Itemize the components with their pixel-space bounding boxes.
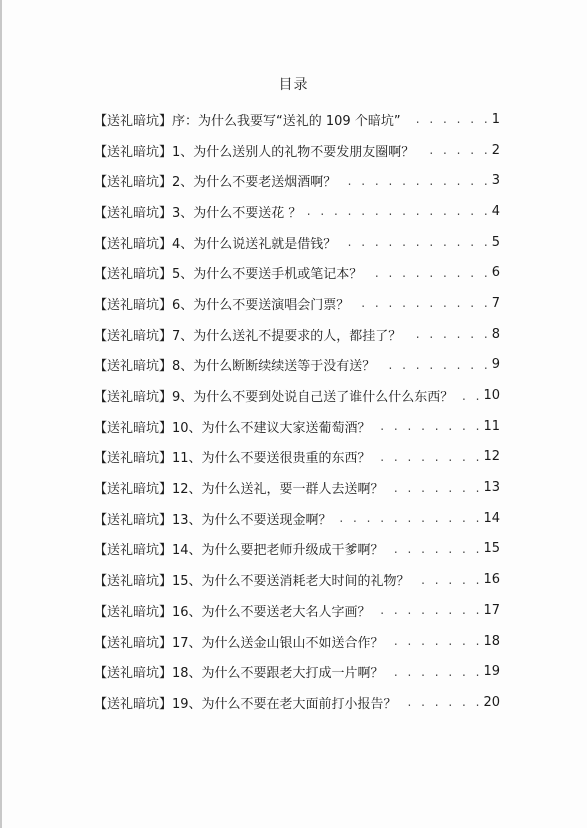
toc-page-number: 16 [483,572,500,587]
toc-leader-dots: . . . . . . . . . . . . . . . . . . . . … [459,389,482,403]
toc-entry[interactable]: 【送礼暗坑】9、为什么不要到处说自己送了谁什么什么东西？. . . . . . … [94,380,500,411]
toc-leader-dots: . . . . . . . . . . . . . . . . . . . . … [355,296,490,310]
toc-page-number: 4 [492,204,500,219]
document-page: 目录 【送礼暗坑】序：为什么我要写“送礼的 109 个暗坑”. . . . . … [0,0,587,828]
toc-entry[interactable]: 【送礼暗坑】17、为什么送金山银山不如送合作？. . . . . . . . .… [94,626,500,657]
toc-entry[interactable]: 【送礼暗坑】15、为什么不要送消耗老大时间的礼物？. . . . . . . .… [94,564,500,595]
toc-list: 【送礼暗坑】序：为什么我要写“送礼的 109 个暗坑”. . . . . . .… [94,104,500,718]
toc-page-number: 9 [492,357,500,372]
toc-entry-text: 【送礼暗坑】9、为什么不要到处说自己送了谁什么什么东西？ [94,386,453,405]
toc-page-number: 7 [492,296,500,311]
toc-page-number: 5 [492,235,500,250]
toc-leader-dots: . . . . . . . . . . . . . . . . . . . . … [420,143,490,157]
toc-page-number: 18 [483,634,500,649]
toc-leader-dots: . . . . . . . . . . . . . . . . . . . . … [390,634,483,648]
toc-entry[interactable]: 【送礼暗坑】18、为什么不要跟老大打成一片啊？. . . . . . . . .… [94,656,500,687]
toc-entry[interactable]: 【送礼暗坑】19、为什么不要在老大面前打小报告？. . . . . . . . … [94,687,500,718]
toc-entry[interactable]: 【送礼暗坑】11、为什么不要送很贵重的东西？. . . . . . . . . … [94,442,500,473]
toc-entry[interactable]: 【送礼暗坑】13、为什么不要送现金啊？. . . . . . . . . . .… [94,503,500,534]
toc-entry-text: 【送礼暗坑】13、为什么不要送现金啊？ [94,509,332,528]
toc-entry[interactable]: 【送礼暗坑】1、为什么送别人的礼物不要发朋友圈啊？. . . . . . . .… [94,135,500,166]
toc-leader-dots: . . . . . . . . . . . . . . . . . . . . … [416,573,483,587]
toc-entry-text: 【送礼暗坑】6、为什么不要送演唱会门票？ [94,294,349,313]
toc-entry[interactable]: 【送礼暗坑】4、为什么说送礼就是借钱？. . . . . . . . . . .… [94,227,500,258]
toc-leader-dots: . . . . . . . . . . . . . . . . . . . . … [390,542,483,556]
toc-page-number: 17 [483,603,500,618]
toc-page-number: 11 [483,419,500,434]
toc-leader-dots: . . . . . . . . . . . . . . . . . . . . … [368,266,490,280]
toc-entry[interactable]: 【送礼暗坑】序：为什么我要写“送礼的 109 个暗坑”. . . . . . .… [94,104,500,135]
toc-entry[interactable]: 【送礼暗坑】10、为什么不建议大家送葡萄酒？. . . . . . . . . … [94,411,500,442]
toc-page-number: 6 [492,265,500,280]
toc-leader-dots: . . . . . . . . . . . . . . . . . . . . … [403,695,483,709]
toc-leader-dots: . . . . . . . . . . . . . . . . . . . . … [381,358,490,372]
toc-page-number: 14 [483,511,500,526]
toc-entry-text: 【送礼暗坑】19、为什么不要在老大面前打小报告？ [94,693,397,712]
toc-entry[interactable]: 【送礼暗坑】14、为什么要把老师升级成干爹啊？. . . . . . . . .… [94,534,500,565]
toc-page-number: 3 [492,173,500,188]
toc-entry-text: 【送礼暗坑】2、为什么不要老送烟酒啊？ [94,171,336,190]
toc-entry[interactable]: 【送礼暗坑】8、为什么断断续续送等于没有送？. . . . . . . . . … [94,350,500,381]
toc-entry-text: 【送礼暗坑】15、为什么不要送消耗老大时间的礼物？ [94,570,410,589]
toc-leader-dots: . . . . . . . . . . . . . . . . . . . . … [338,511,483,525]
toc-page-number: 10 [483,388,500,403]
toc-entry-text: 【送礼暗坑】3、为什么不要送花 ？ [94,202,301,221]
toc-entry[interactable]: 【送礼暗坑】7、为什么送礼不提要求的人，都挂了？. . . . . . . . … [94,319,500,350]
toc-leader-dots: . . . . . . . . . . . . . . . . . . . . … [342,174,490,188]
toc-entry-text: 【送礼暗坑】5、为什么不要送手机或笔记本？ [94,263,362,282]
toc-leader-dots: . . . . . . . . . . . . . . . . . . . . … [377,419,483,433]
toc-entry[interactable]: 【送礼暗坑】16、为什么不要送老大名人字画？. . . . . . . . . … [94,595,500,626]
toc-entry-text: 【送礼暗坑】1、为什么送别人的礼物不要发朋友圈啊？ [94,141,414,160]
toc-page-number: 15 [483,541,500,556]
toc-entry[interactable]: 【送礼暗坑】2、为什么不要老送烟酒啊？. . . . . . . . . . .… [94,165,500,196]
toc-entry-text: 【送礼暗坑】10、为什么不建议大家送葡萄酒？ [94,417,371,436]
toc-entry-text: 【送礼暗坑】序：为什么我要写“送礼的 109 个暗坑” [94,110,401,129]
toc-page-number: 2 [492,143,500,158]
toc-entry[interactable]: 【送礼暗坑】12、为什么送礼，要一群人去送啊？. . . . . . . . .… [94,472,500,503]
toc-entry[interactable]: 【送礼暗坑】6、为什么不要送演唱会门票？. . . . . . . . . . … [94,288,500,319]
toc-entry-text: 【送礼暗坑】7、为什么送礼不提要求的人，都挂了？ [94,325,401,344]
toc-entry[interactable]: 【送礼暗坑】5、为什么不要送手机或笔记本？. . . . . . . . . .… [94,257,500,288]
toc-page-number: 12 [483,449,500,464]
toc-entry-text: 【送礼暗坑】11、为什么不要送很贵重的东西？ [94,447,371,466]
toc-entry-text: 【送礼暗坑】18、为什么不要跟老大打成一片啊？ [94,662,384,681]
toc-entry-text: 【送礼暗坑】4、为什么说送礼就是借钱？ [94,233,336,252]
toc-entry[interactable]: 【送礼暗坑】3、为什么不要送花 ？. . . . . . . . . . . .… [94,196,500,227]
toc-page-number: 13 [483,480,500,495]
toc-title: 目录 [0,74,587,94]
toc-leader-dots: . . . . . . . . . . . . . . . . . . . . … [377,603,483,617]
toc-entry-text: 【送礼暗坑】12、为什么送礼，要一群人去送啊？ [94,478,384,497]
toc-page-number: 8 [492,327,500,342]
toc-leader-dots: . . . . . . . . . . . . . . . . . . . . … [390,665,483,679]
toc-leader-dots: . . . . . . . . . . . . . . . . . . . . … [377,450,483,464]
toc-page-number: 20 [483,695,500,710]
toc-page-number: 19 [483,664,500,679]
toc-page-number: 1 [492,112,500,127]
toc-entry-text: 【送礼暗坑】16、为什么不要送老大名人字画？ [94,601,371,620]
toc-entry-text: 【送礼暗坑】17、为什么送金山银山不如送合作？ [94,632,384,651]
toc-leader-dots: . . . . . . . . . . . . . . . . . . . . … [407,327,490,341]
toc-leader-dots: . . . . . . . . . . . . . . . . . . . . … [307,204,490,218]
toc-entry-text: 【送礼暗坑】14、为什么要把老师升级成干爹啊？ [94,539,384,558]
toc-leader-dots: . . . . . . . . . . . . . . . . . . . . … [390,481,483,495]
toc-leader-dots: . . . . . . . . . . . . . . . . . . . . … [342,235,490,249]
toc-entry-text: 【送礼暗坑】8、为什么断断续续送等于没有送？ [94,355,375,374]
toc-leader-dots: . . . . . . . . . . . . . . . . . . . . … [407,112,491,126]
